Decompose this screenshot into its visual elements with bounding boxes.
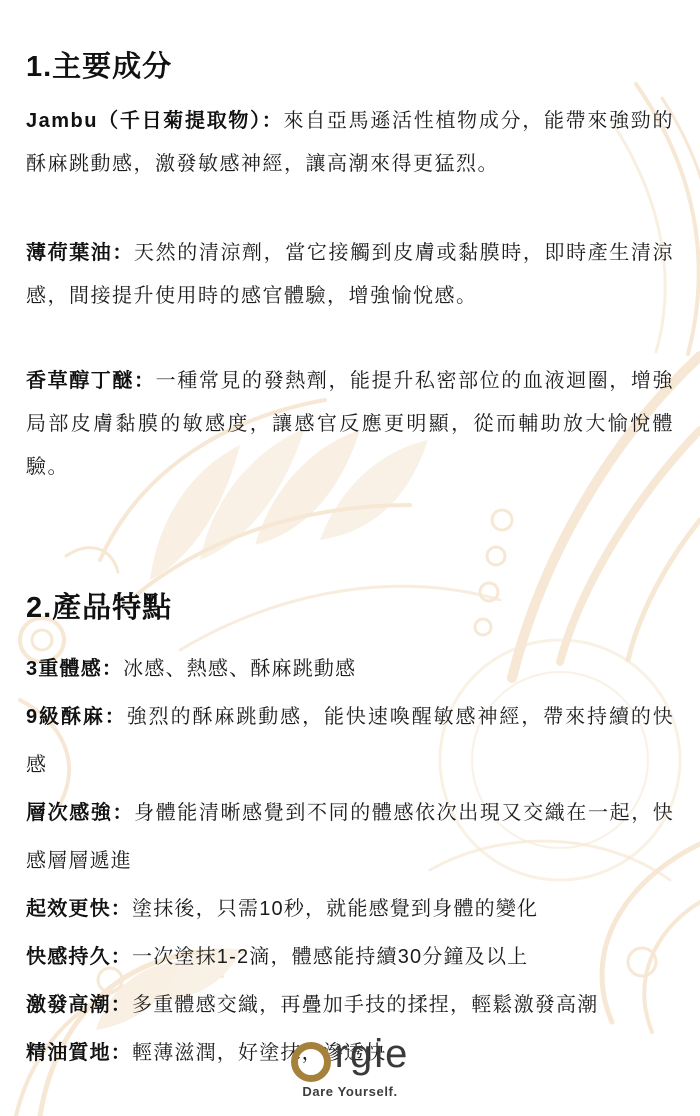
feature-text: 一次塗抹1-2滴，體感能持續30分鐘及以上 [132,946,528,968]
ingredient-label: 薄荷葉油： [26,242,134,264]
ingredient-paragraph-vanillyl-butyl-ether: 香草醇丁醚：一種常見的發熱劑，能提升私密部位的血液迴圈，增強局部皮膚黏膜的敏感度… [26,360,674,489]
feature-item-triple-sensation: 3重體感：冰感、熱感、酥麻跳動感 [26,645,674,693]
brand-logo-text: rgie [335,1032,410,1076]
feature-label: 9級酥麻： [26,706,127,728]
feature-text: 冰感、熱感、酥麻跳動感 [123,658,356,680]
feature-item-fast-acting: 起效更快：塗抹後，只需10秒，就能感覺到身體的變化 [26,885,674,933]
feature-label: 激發高潮： [26,994,132,1016]
feature-item-layered-sensation: 層次感強：身體能清晰感覺到不同的體感依次出現又交織在一起，快感層層遞進 [26,789,674,885]
feature-label: 3重體感： [26,658,123,680]
main-content: 1.主要成分 Jambu（千日菊提取物）：來自亞馬遜活性植物成分，能帶來強勁的酥… [0,50,700,1077]
ingredient-paragraph-jambu: Jambu（千日菊提取物）：來自亞馬遜活性植物成分，能帶來強勁的酥麻跳動感，激發… [26,100,674,186]
feature-text: 塗抹後，只需10秒，就能感覺到身體的變化 [132,898,538,920]
ingredient-label: Jambu（千日菊提取物）： [26,110,284,132]
brand-logo: Orgie [0,1032,700,1082]
brand-footer: Orgie Dare Yourself. [0,1032,700,1100]
section-heading-product-features: 2.產品特點 [26,591,674,625]
product-description-page: 1.主要成分 Jambu（千日菊提取物）：來自亞馬遜活性植物成分，能帶來強勁的酥… [0,0,700,1116]
feature-label: 層次感強： [26,802,134,824]
brand-tagline: Dare Yourself. [0,1084,700,1100]
feature-text: 多重體感交織，再疊加手技的揉捏，輕鬆激發高潮 [132,994,598,1016]
brand-logo-o-ring-icon: O [291,1042,331,1082]
ingredient-paragraph-peppermint-oil: 薄荷葉油：天然的清涼劑，當它接觸到皮膚或黏膜時，即時產生清涼感，間接提升使用時的… [26,232,674,318]
feature-item-level9-tingle: 9級酥麻：強烈的酥麻跳動感，能快速喚醒敏感神經，帶來持續的快感 [26,693,674,789]
feature-item-climax-trigger: 激發高潮：多重體感交織，再疊加手技的揉捏，輕鬆激發高潮 [26,981,674,1029]
feature-item-long-lasting: 快感持久：一次塗抹1-2滴，體感能持續30分鐘及以上 [26,933,674,981]
feature-list: 3重體感：冰感、熱感、酥麻跳動感 9級酥麻：強烈的酥麻跳動感，能快速喚醒敏感神經… [26,645,674,1077]
section-heading-main-ingredients: 1.主要成分 [26,50,674,84]
feature-label: 快感持久： [26,946,132,968]
feature-label: 起效更快： [26,898,132,920]
ingredient-label: 香草醇丁醚： [26,370,156,392]
